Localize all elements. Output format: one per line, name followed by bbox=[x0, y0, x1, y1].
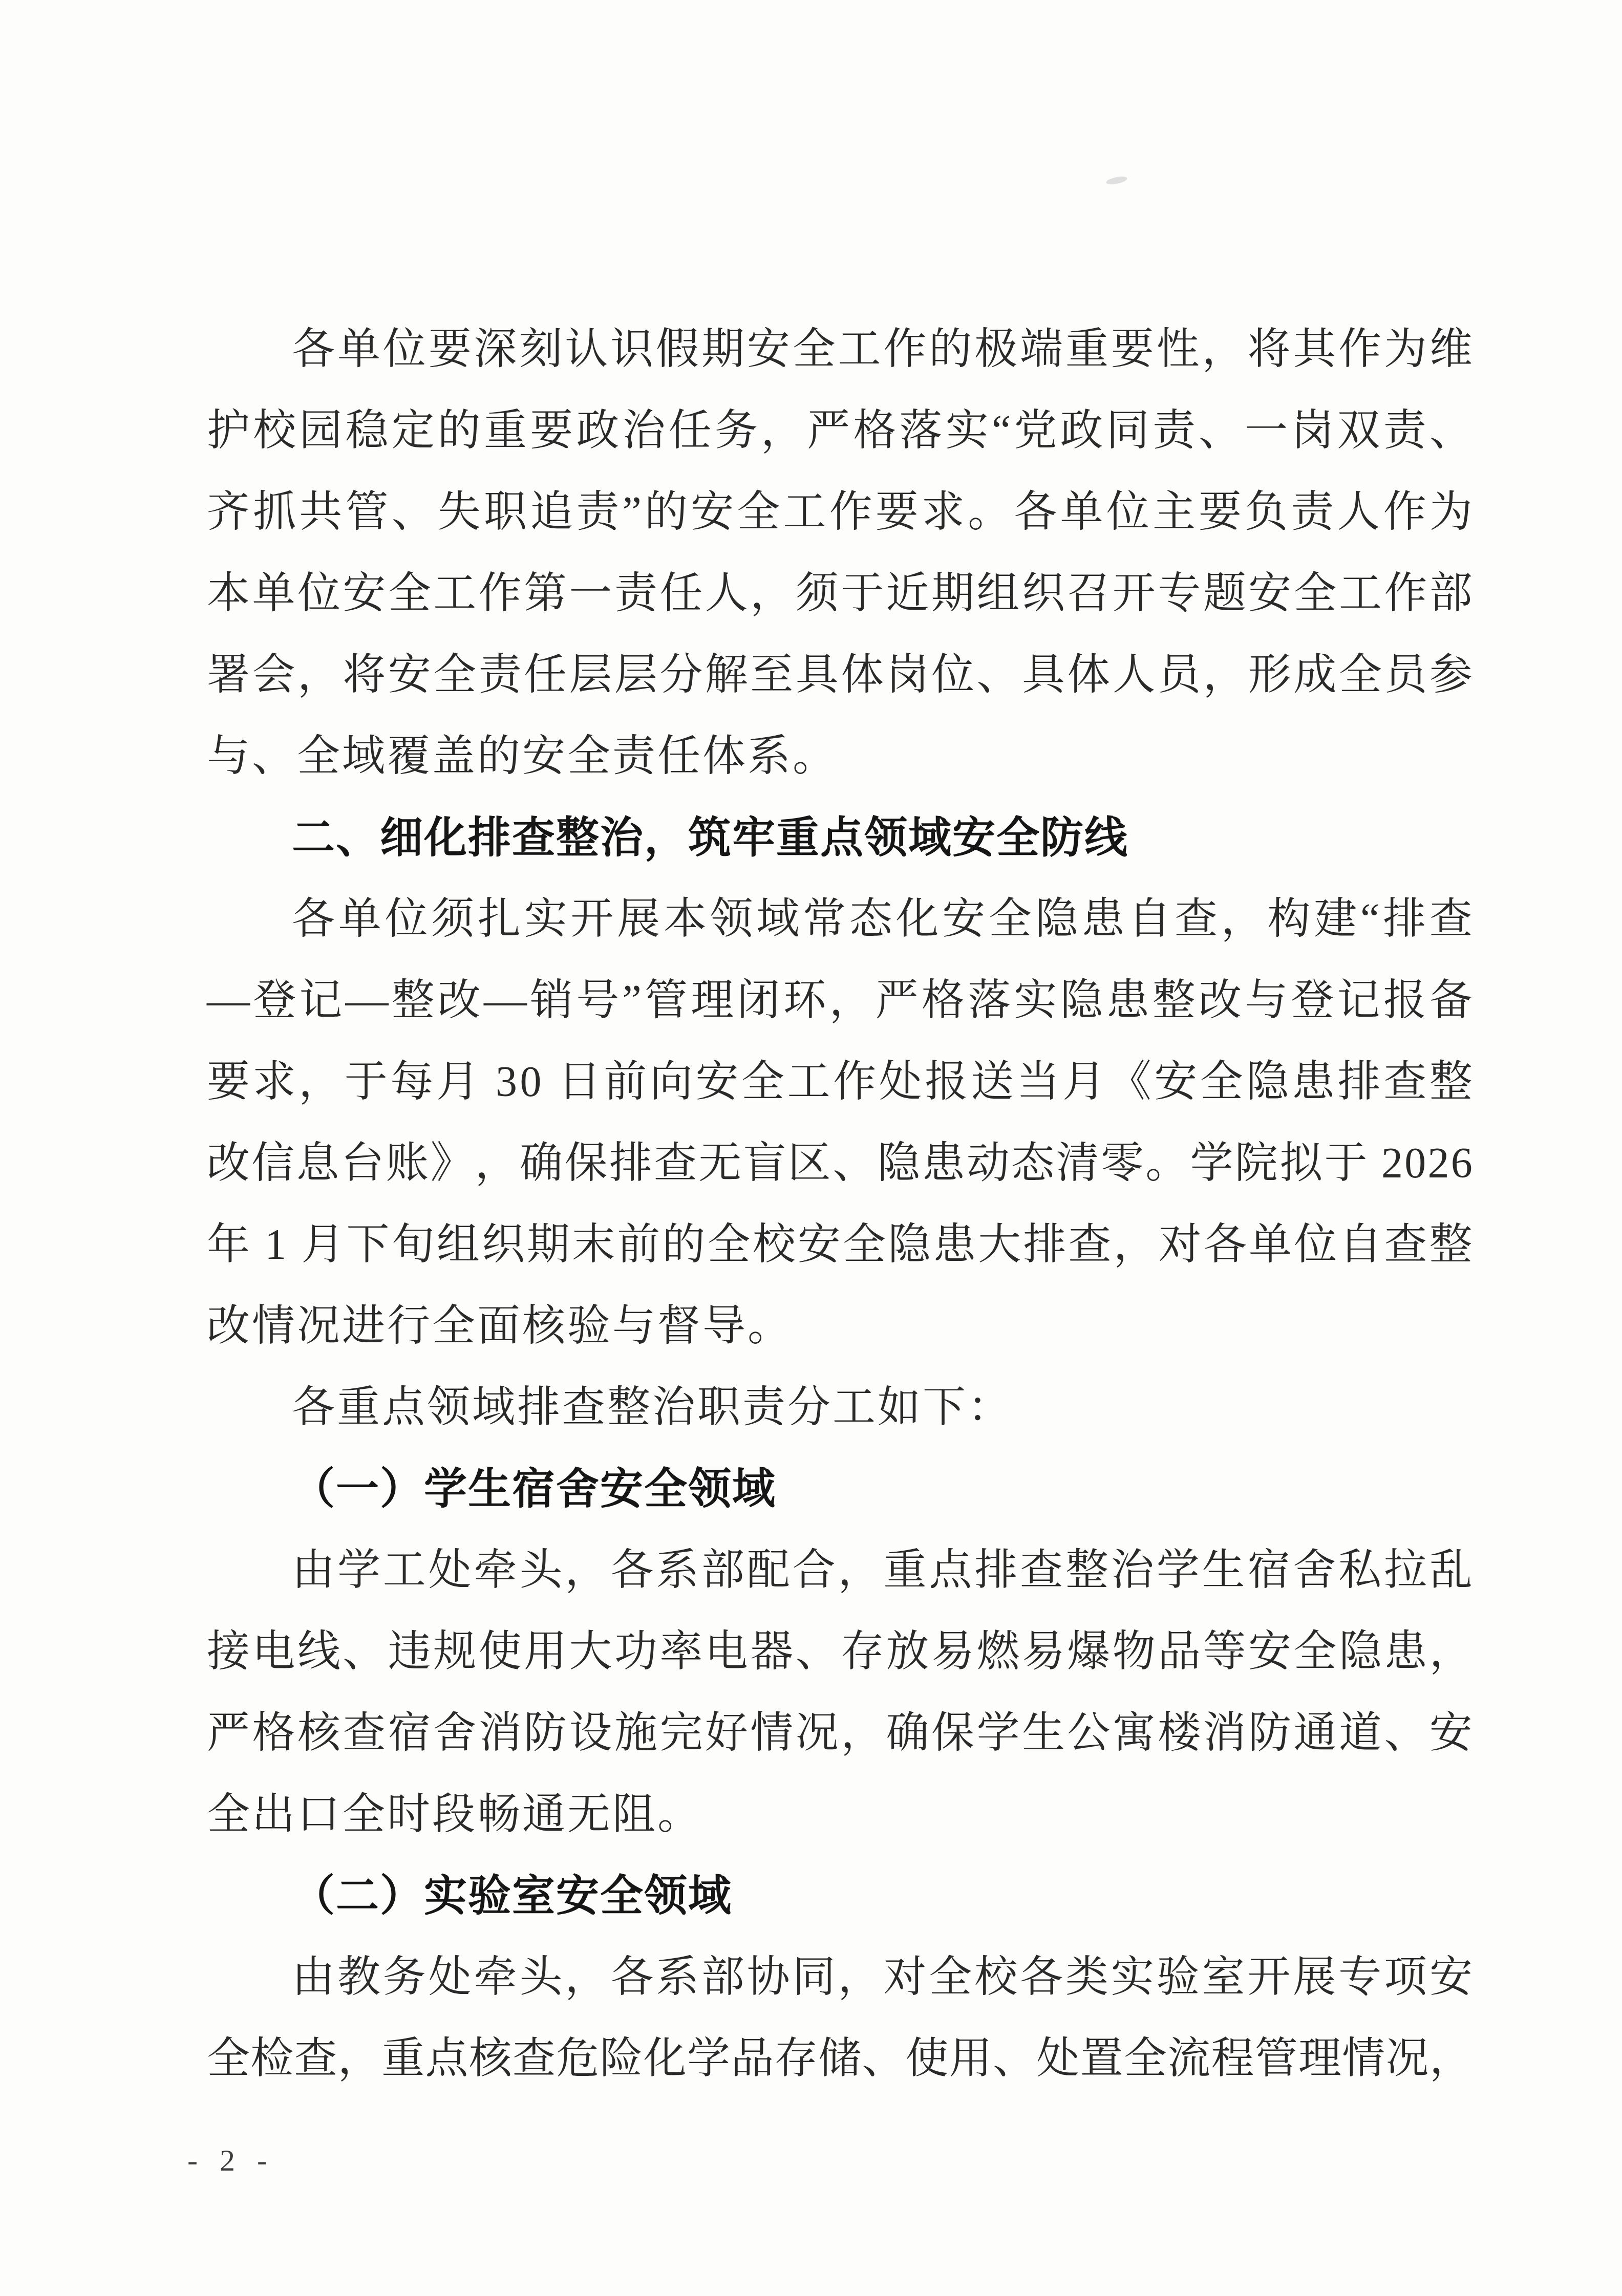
body-line-13: 改情况进行全面核验与督导。 bbox=[207, 1285, 1472, 1367]
body-line-21: 由教务处牵头，各系部协同，对全校各类实验室开展专项安 bbox=[207, 1937, 1472, 2018]
body-line-11: 改信息台账》，确保排查无盲区、隐患动态清零。学院拟于 2026 bbox=[207, 1123, 1472, 1204]
body-line-1: 各单位要深刻认识假期安全工作的极端重要性，将其作为维 bbox=[207, 309, 1472, 390]
section-heading-2: 二、细化排查整治，筑牢重点领域安全防线 bbox=[207, 797, 1472, 878]
body-line-16: 由学工处牵头，各系部配合，重点排查整治学生宿舍私拉乱 bbox=[207, 1530, 1472, 1611]
body-line-14: 各重点领域排查整治职责分工如下： bbox=[207, 1367, 1472, 1448]
subsection-heading-2: （二）实验室安全领域 bbox=[207, 1855, 1472, 1937]
body-line-18: 严格核查宿舍消防设施完好情况，确保学生公寓楼消防通道、安 bbox=[207, 1692, 1472, 1774]
body-line-22: 全检查，重点核查危险化学品存储、使用、处置全流程管理情况， bbox=[207, 2018, 1472, 2099]
body-line-4: 本单位安全工作第一责任人，须于近期组织召开专题安全工作部 bbox=[207, 553, 1472, 634]
body-line-10: 要求，于每月 30 日前向安全工作处报送当月《安全隐患排查整 bbox=[207, 1041, 1472, 1123]
body-line-19: 全出口全时段畅通无阻。 bbox=[207, 1774, 1472, 1855]
scanned-document-page: 各单位要深刻认识假期安全工作的极端重要性，将其作为维 护校园稳定的重要政治任务，… bbox=[0, 0, 1622, 2296]
body-line-3: 齐抓共管、失职追责”的安全工作要求。各单位主要负责人作为 bbox=[207, 471, 1472, 553]
body-line-2: 护校园稳定的重要政治任务，严格落实“党政同责、一岗双责、 bbox=[207, 390, 1472, 471]
body-line-12: 年 1 月下旬组织期末前的全校安全隐患大排查，对各单位自查整 bbox=[207, 1204, 1472, 1285]
scan-smudge-artifact bbox=[1105, 175, 1128, 186]
body-line-8: 各单位须扎实开展本领域常态化安全隐患自查，构建“排查 bbox=[207, 878, 1472, 960]
body-line-6: 与、全域覆盖的安全责任体系。 bbox=[207, 716, 1472, 797]
page-number: - 2 - bbox=[187, 2143, 274, 2178]
body-line-17: 接电线、违规使用大功率电器、存放易燃易爆物品等安全隐患， bbox=[207, 1611, 1472, 1692]
body-line-9: —登记—整改—销号”管理闭环，严格落实隐患整改与登记报备 bbox=[207, 960, 1472, 1041]
body-line-5: 署会，将安全责任层层分解至具体岗位、具体人员，形成全员参 bbox=[207, 634, 1472, 716]
subsection-heading-1: （一）学生宿舍安全领域 bbox=[207, 1448, 1472, 1530]
document-body: 各单位要深刻认识假期安全工作的极端重要性，将其作为维 护校园稳定的重要政治任务，… bbox=[207, 309, 1472, 2099]
